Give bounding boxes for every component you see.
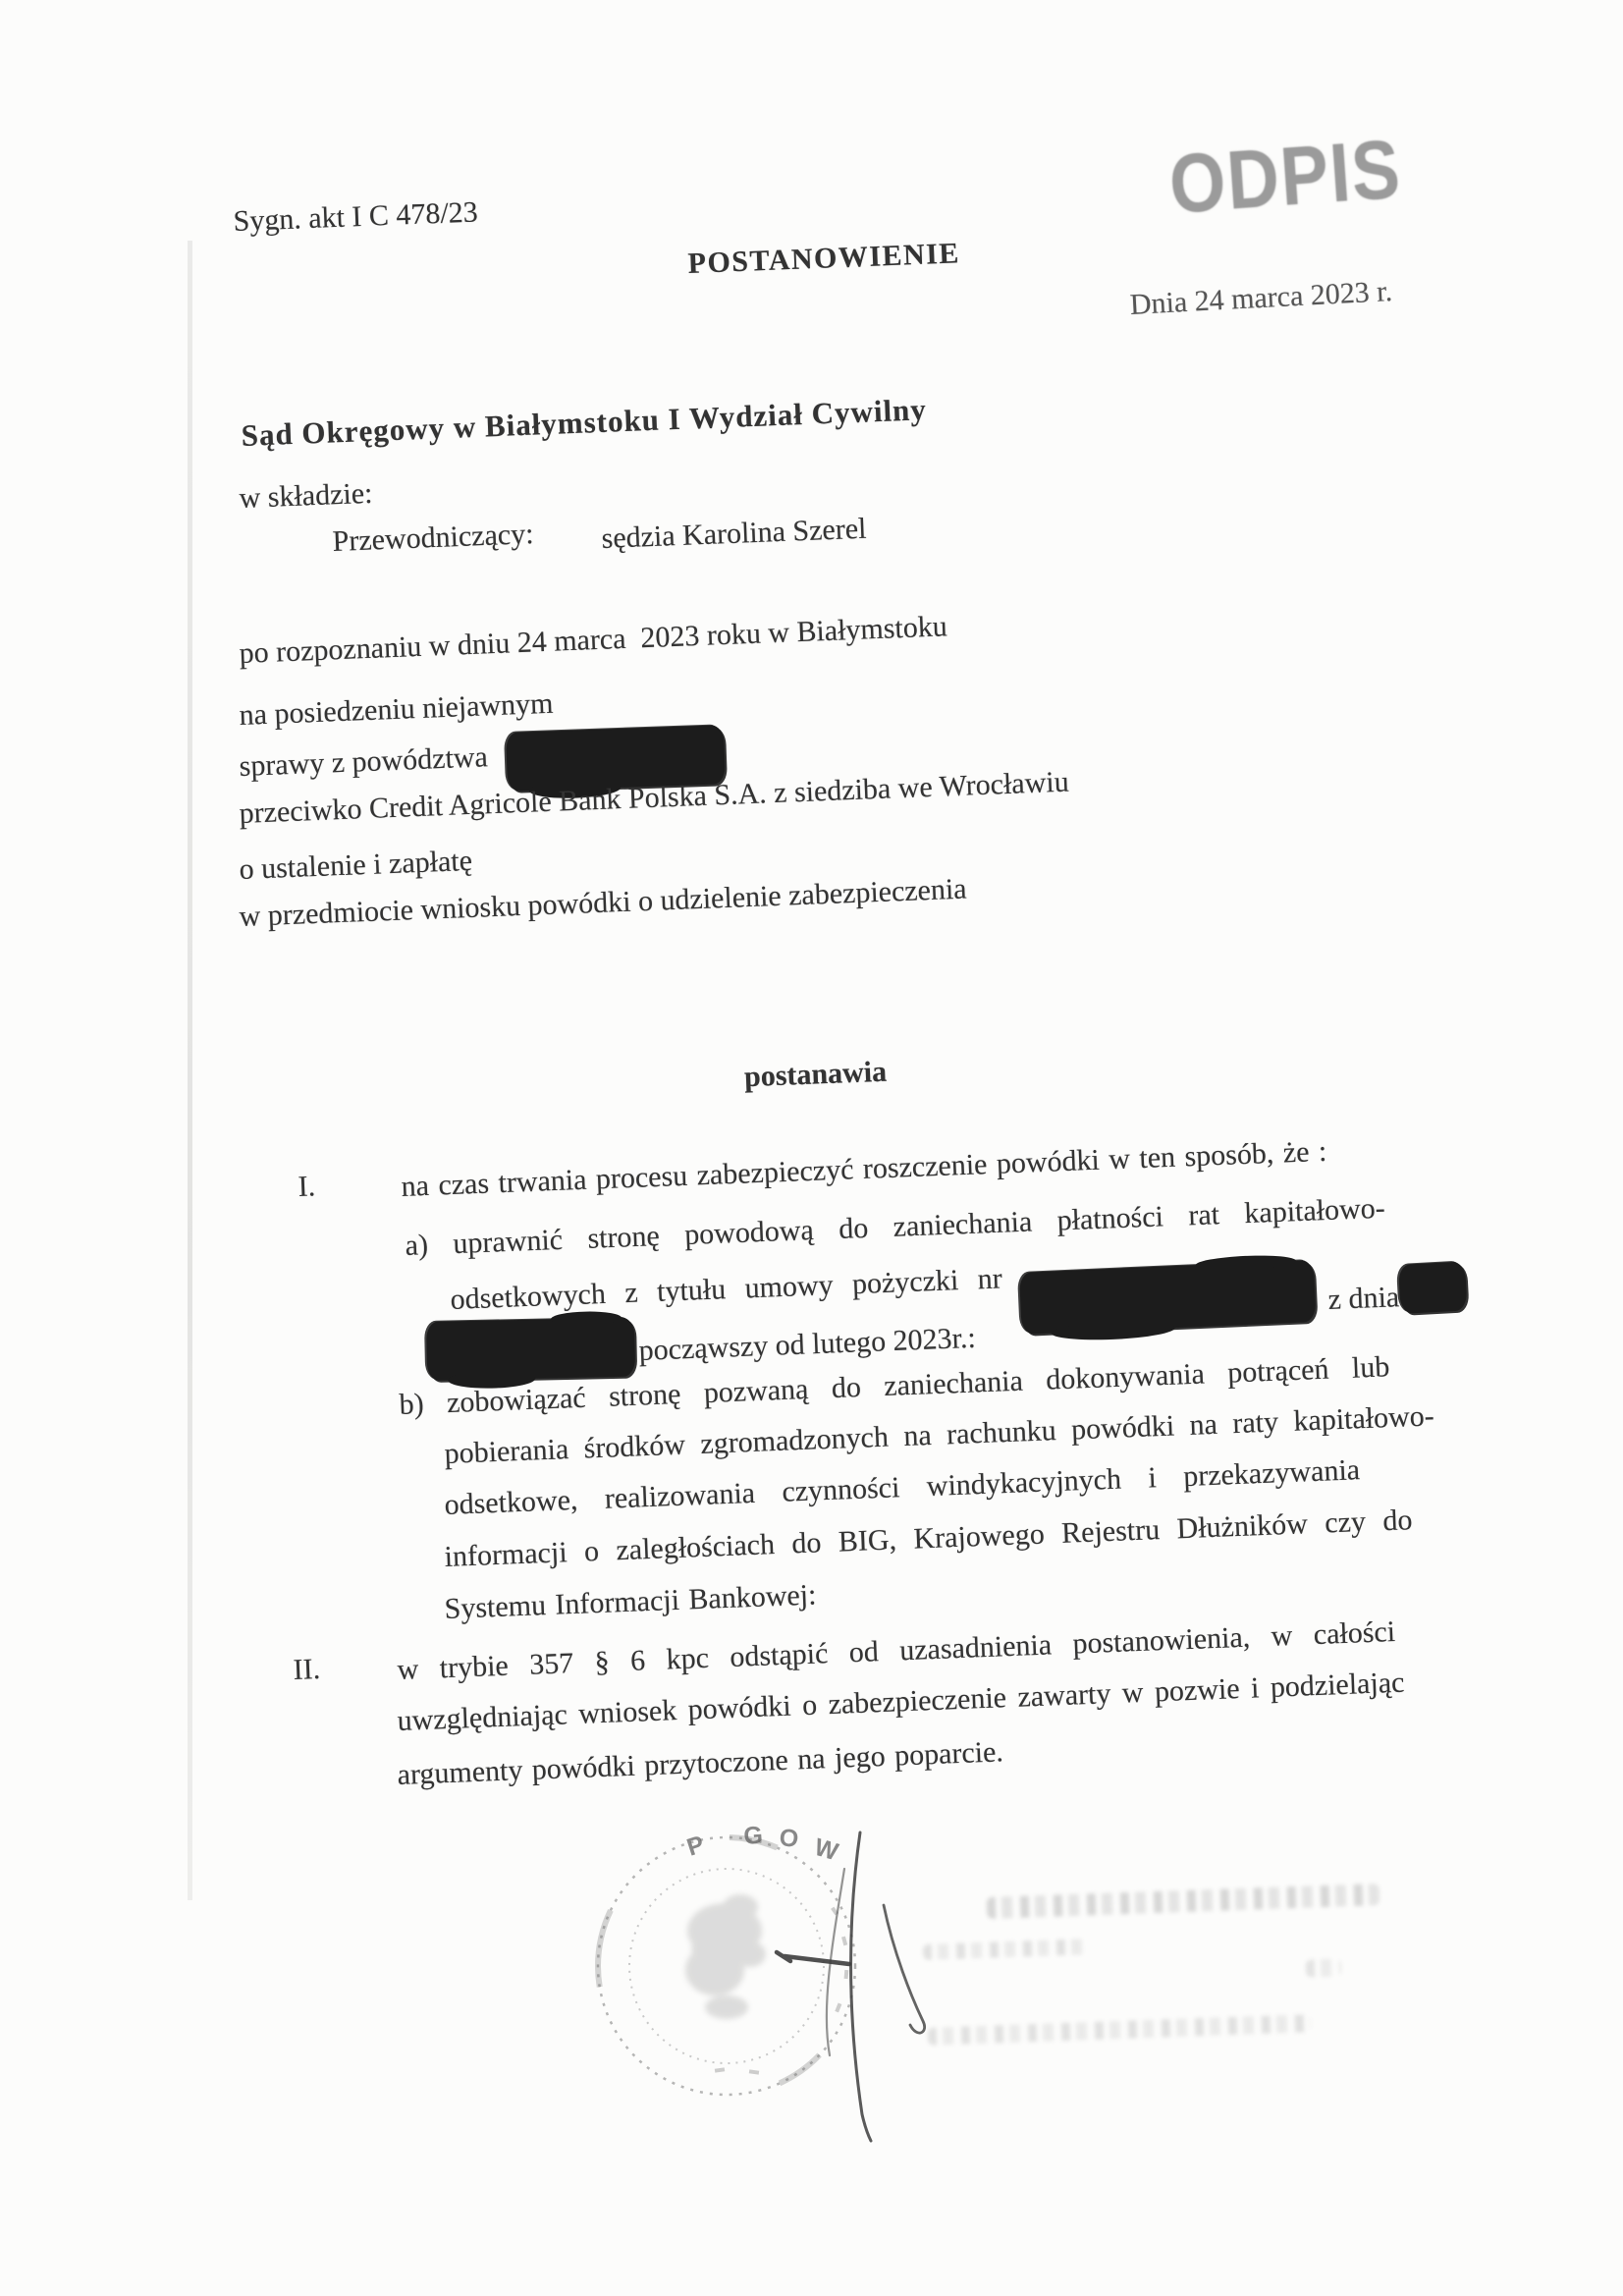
scanned-court-order-page: Sygn. akt I C 478/23 ODPIS POSTANOWIENIE… — [0, 0, 1623, 2296]
recital-session: na posiedzeniu niejawnym — [239, 686, 554, 734]
redaction-box-date — [1398, 1261, 1468, 1313]
panel-intro: w składzie: — [239, 476, 373, 517]
faded-stamp-remnant — [1306, 1958, 1342, 1977]
faded-stamp-remnant — [987, 1884, 1380, 1919]
redaction-box-date-2 — [426, 1318, 635, 1381]
item-1-numeral: I. — [298, 1169, 316, 1205]
seal-letter: G — [742, 1822, 763, 1850]
item-1a-line-2: odsetkowych z tytułu umowy pożyczki nr — [450, 1261, 1002, 1318]
presiding-label: Przewodniczący: — [332, 517, 534, 560]
document-title: POSTANOWIENIE — [687, 236, 961, 282]
seal-letter: W — [811, 1833, 841, 1867]
court-seal: P G O W — [568, 1815, 980, 2149]
item-2-numeral: II. — [293, 1652, 321, 1688]
case-number: Sygn. akt I C 478/23 — [233, 194, 478, 240]
odpis-copy-stamp: ODPIS — [1166, 122, 1404, 233]
item-1-intro: na czas trwania procesu zabezpieczyć ros… — [401, 1134, 1327, 1205]
scan-edge-shadow — [188, 241, 192, 1900]
item-1a-line-2-tail: z dnia — [1327, 1280, 1400, 1318]
date-line: Dnia 24 marca 2023 r. — [1129, 274, 1393, 323]
decision-heading: postanawia — [648, 1051, 983, 1099]
recital-hearing: po rozpoznaniu w dniu 24 marca 2023 roku… — [239, 609, 947, 672]
seal-eagle-emblem — [685, 1894, 766, 2019]
item-1a-line-1: a) uprawnić stronę powodową do zaniechan… — [405, 1191, 1385, 1264]
redaction-box-loan-number — [1019, 1260, 1316, 1335]
faded-stamp-remnant — [928, 2014, 1311, 2046]
judge-signature — [777, 1832, 925, 2141]
recital-subject: o ustalenie i zapłatę — [239, 844, 473, 888]
recital-claim-prefix: sprawy z powództwa — [239, 739, 488, 785]
item-1b-line-5: Systemu Informacji Bankowej: — [444, 1577, 817, 1627]
seal-letter: P — [683, 1831, 708, 1862]
item-2-line-3: argumenty powódki przytoczone na jego po… — [397, 1734, 1004, 1793]
court-name: Sąd Okręgowy w Białymstoku I Wydział Cyw… — [241, 391, 927, 454]
seal-letter: O — [778, 1824, 799, 1853]
presiding-judge: sędzia Karolina Szerel — [601, 512, 867, 557]
item-1a-line-3: począwszy od lutego 2023r.: — [638, 1321, 976, 1369]
